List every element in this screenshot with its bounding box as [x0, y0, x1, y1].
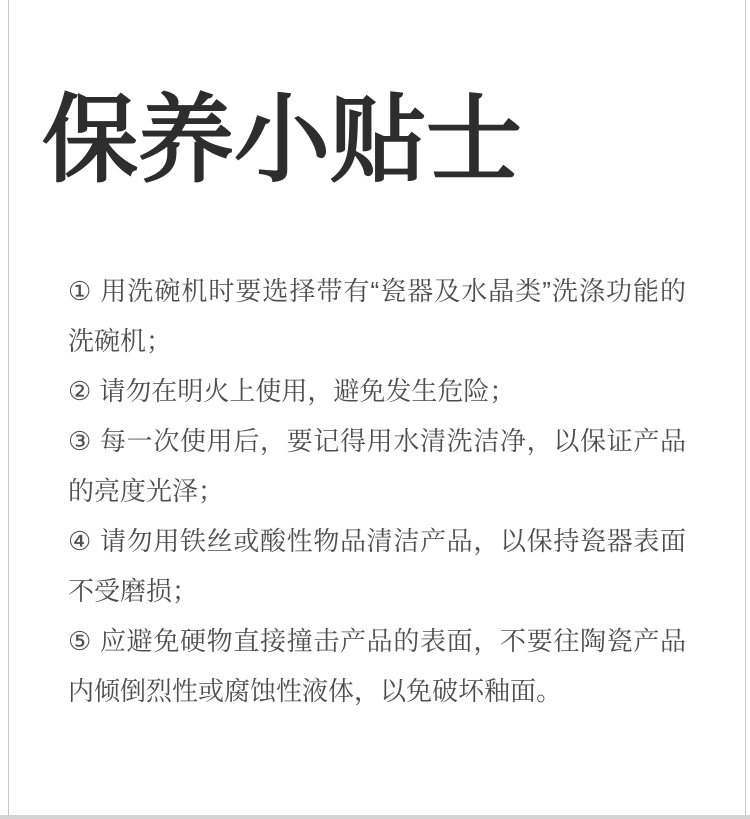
tip-text-2: 请勿在明火上使用，避免发生危险；	[99, 376, 515, 406]
tip-number-2: ②	[68, 376, 91, 406]
tip-number-1: ①	[68, 276, 92, 306]
tip-text-5: 应避免硬物直接撞击产品的表面，不要往陶瓷产品内倾倒烈性或腐蚀性液体，以免破坏釉面…	[68, 626, 686, 706]
tip-text-3: 每一次使用后，要记得用水清洗洁净，以保证产品的亮度光泽；	[68, 426, 686, 506]
left-edge-rule	[8, 0, 9, 819]
tip-text-1: 用洗碗机时要选择带有“瓷器及水晶类”洗涤功能的洗碗机；	[68, 276, 686, 356]
tip-item-3: ③每一次使用后，要记得用水清洗洁净，以保证产品的亮度光泽；	[68, 416, 686, 516]
tip-number-4: ④	[68, 526, 92, 556]
tip-number-3: ③	[68, 426, 92, 456]
tip-item-1: ①用洗碗机时要选择带有“瓷器及水晶类”洗涤功能的洗碗机；	[68, 266, 686, 366]
tip-number-5: ⑤	[68, 626, 92, 656]
care-tips-page: 保养小贴士 ①用洗碗机时要选择带有“瓷器及水晶类”洗涤功能的洗碗机； ②请勿在明…	[0, 0, 750, 819]
tip-item-4: ④请勿用铁丝或酸性物品清洁产品，以保持瓷器表面不受磨损；	[68, 516, 686, 616]
page-title: 保养小贴士	[42, 86, 522, 196]
tips-list: ①用洗碗机时要选择带有“瓷器及水晶类”洗涤功能的洗碗机； ②请勿在明火上使用，避…	[68, 266, 686, 716]
tip-item-2: ②请勿在明火上使用，避免发生危险；	[68, 366, 686, 416]
right-edge-rule	[745, 0, 746, 819]
tip-item-5: ⑤应避免硬物直接撞击产品的表面，不要往陶瓷产品内倾倒烈性或腐蚀性液体，以免破坏釉…	[68, 616, 686, 716]
tip-text-4: 请勿用铁丝或酸性物品清洁产品，以保持瓷器表面不受磨损；	[68, 526, 686, 606]
bottom-edge-strip	[0, 815, 750, 819]
